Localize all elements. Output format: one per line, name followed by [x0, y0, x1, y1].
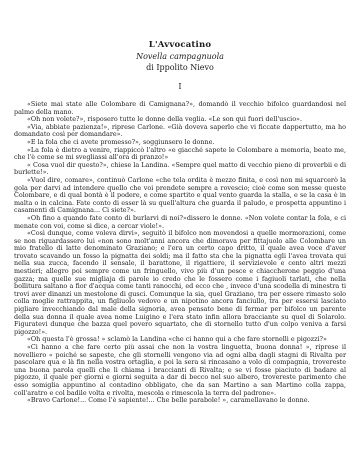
story-text: «Siete mai state alle Colombare di Camig…: [14, 101, 346, 405]
paragraph: «La fola è dietro a venire, riappiccò l'…: [14, 147, 346, 162]
paragraph: «Bravo Carlone!... Come l'è sapiente!...…: [14, 397, 346, 405]
book-page: L'Avvocatino Novella campagnuola di Ippo…: [0, 0, 360, 466]
chapter-number: I: [14, 82, 346, 92]
paragraph: « Cosa vuol dir questo?», chiese la Land…: [14, 162, 346, 177]
paragraph: «Siete mai state alle Colombare di Camig…: [14, 101, 346, 116]
page-title: L'Avvocatino: [14, 40, 346, 51]
paragraph: «Via, abbiate pazienza!», riprese Carlon…: [14, 124, 346, 139]
subtitle: Novella campagnuola: [14, 51, 346, 62]
paragraph: «Vuol dire, comare», continuò Carlone «c…: [14, 177, 346, 215]
paragraph: «Oh fino a quando fate conto di burlarvi…: [14, 215, 346, 230]
paragraph: «Ci hanno a che fare certo più assai che…: [14, 344, 346, 397]
paragraph: «Così dunque, come voleva dirvi», seguit…: [14, 230, 346, 336]
author-line: di Ippolito Nievo: [14, 62, 346, 73]
